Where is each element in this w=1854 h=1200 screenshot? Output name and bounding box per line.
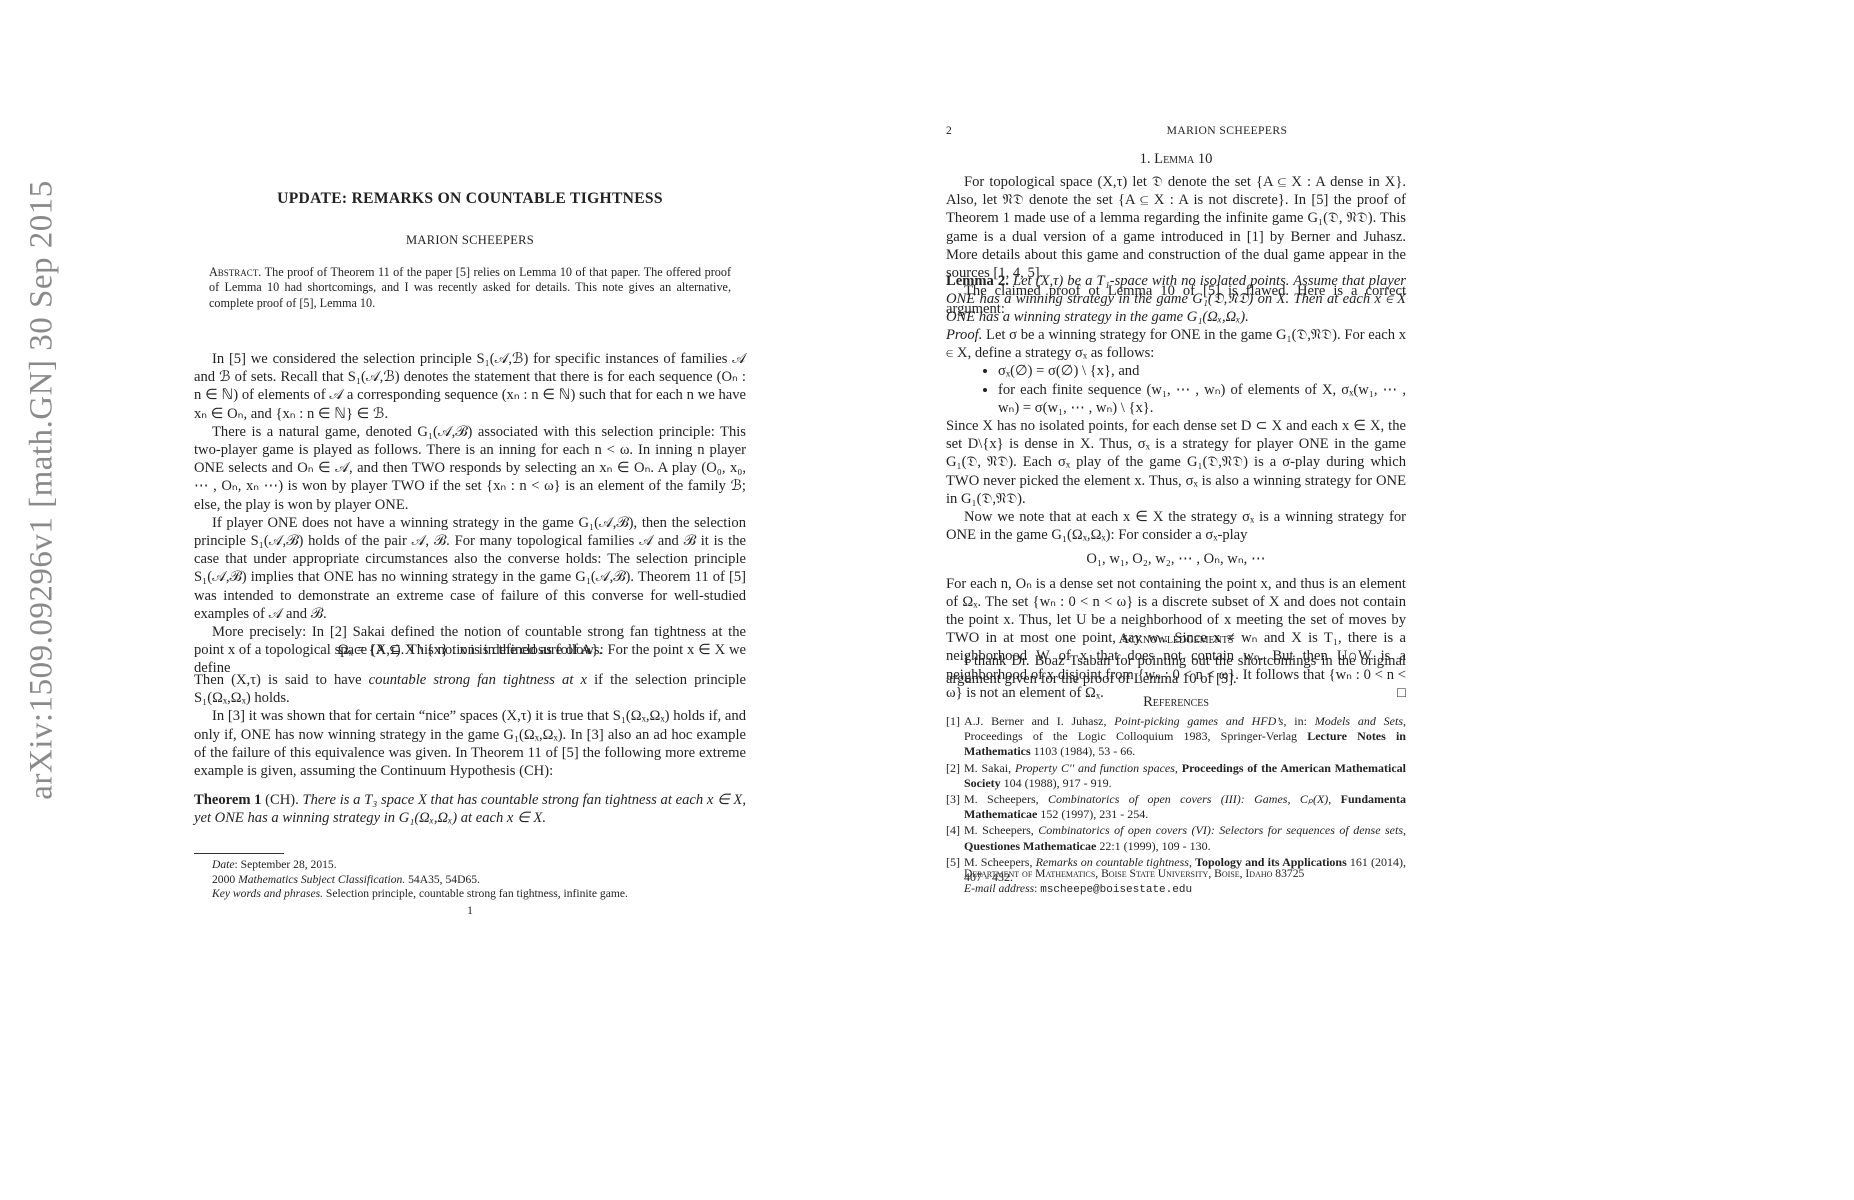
reference-list: [1]A.J. Berner and I. Juhasz, Point-pick… [946,714,1406,886]
list-item: σₓ(∅) = σ(∅) \ {x}, and [998,362,1406,380]
abstract-label: Abstract. [209,265,261,279]
section-title: 1. Lemma 10 [946,150,1406,168]
department-address: Department of Mathematics, Boise State U… [964,866,1406,881]
email-address[interactable]: mscheepe@boisestate.edu [1040,884,1192,896]
arxiv-stamp: arXiv:1509.09296v1 [math.GN] 30 Sep 2015 [12,270,72,710]
theorem-1: Theorem 1 (CH). There is a T₃ space X th… [194,791,746,827]
abstract-text: The proof of Theorem 11 of the paper [5]… [209,265,731,310]
paragraph: I thank Dr. Boaz Tsaban for pointing out… [946,652,1406,688]
omega-definition-equation: Ωₓ = {A ⊆ X \ {x} : x is in the closure … [194,641,746,659]
reference-item: [3]M. Scheepers, Combinatorics of open c… [946,792,1406,822]
footnote-rule [194,853,284,854]
reference-item: [2]M. Sakai, Property C′′ and function s… [946,761,1406,791]
footnote-keywords: Key words and phrases. Selection princip… [212,887,746,902]
paragraph: In [5] we considered the selection princ… [194,350,746,423]
paragraph: There is a natural game, denoted G₁(𝒜,ℬ)… [194,423,746,514]
lemma-2: Lemma 2. Let (X,τ) be a T₁-space with no… [946,272,1406,327]
acknowledgements: I thank Dr. Boaz Tsaban for pointing out… [946,652,1406,688]
reference-item: [1]A.J. Berner and I. Juhasz, Point-pick… [946,714,1406,760]
page-number: 1 [194,902,746,920]
footnote-date: Date: September 28, 2015. [212,858,746,873]
defined-term: countable strong fan tightness at x [369,672,587,688]
abstract: Abstract. The proof of Theorem 11 of the… [209,265,731,311]
body-continued: Then (X,τ) is said to have countable str… [194,671,746,780]
email-line: E-mail address: mscheepe@boisestate.edu [964,881,1406,898]
theorem-heading: Theorem 1 [194,792,261,808]
body-intro: In [5] we considered the selection princ… [194,350,746,678]
arxiv-identifier: arXiv:1509.09296v1 [math.GN] 30 Sep 2015 [24,180,61,799]
paragraph: In [3] it was shown that for certain “ni… [194,707,746,780]
paragraph: Then (X,τ) is said to have countable str… [194,671,746,707]
footnote-msc: 2000 Mathematics Subject Classification.… [212,873,746,888]
paragraph: For topological space (X,τ) let 𝔇 denote… [946,173,1406,282]
strategy-definition-list: σₓ(∅) = σ(∅) \ {x}, and for each finite … [946,362,1406,417]
acknowledgements-title: Acknowledgements [946,630,1406,648]
lemma-statement: Let (X,τ) be a T₁-space with no isolated… [946,273,1406,325]
paper-author: MARION SCHEEPERS [194,231,746,249]
references-title: References [946,693,1406,711]
footnotes: Date: September 28, 2015. 2000 Mathemati… [212,858,746,902]
paragraph: Now we note that at each x ∈ X the strat… [946,508,1406,544]
play-sequence-display: O₁, w₁, O₂, w₂, ⋯ , Oₙ, wₙ, ⋯ [946,550,1406,568]
lemma-heading: Lemma 2. [946,273,1009,289]
paragraph: Since X has no isolated points, for each… [946,417,1406,508]
author-address: Department of Mathematics, Boise State U… [964,866,1406,898]
reference-item: [4]M. Scheepers, Combinatorics of open c… [946,823,1406,853]
proof-label: Proof. [946,327,982,343]
paragraph: If player ONE does not have a winning st… [194,514,746,623]
paper-title: UPDATE: REMARKS ON COUNTABLE TIGHTNESS [194,190,746,208]
list-item: for each finite sequence (w₁, ⋯ , wₙ) of… [998,381,1406,417]
running-head: MARION SCHEEPERS [946,122,1508,140]
